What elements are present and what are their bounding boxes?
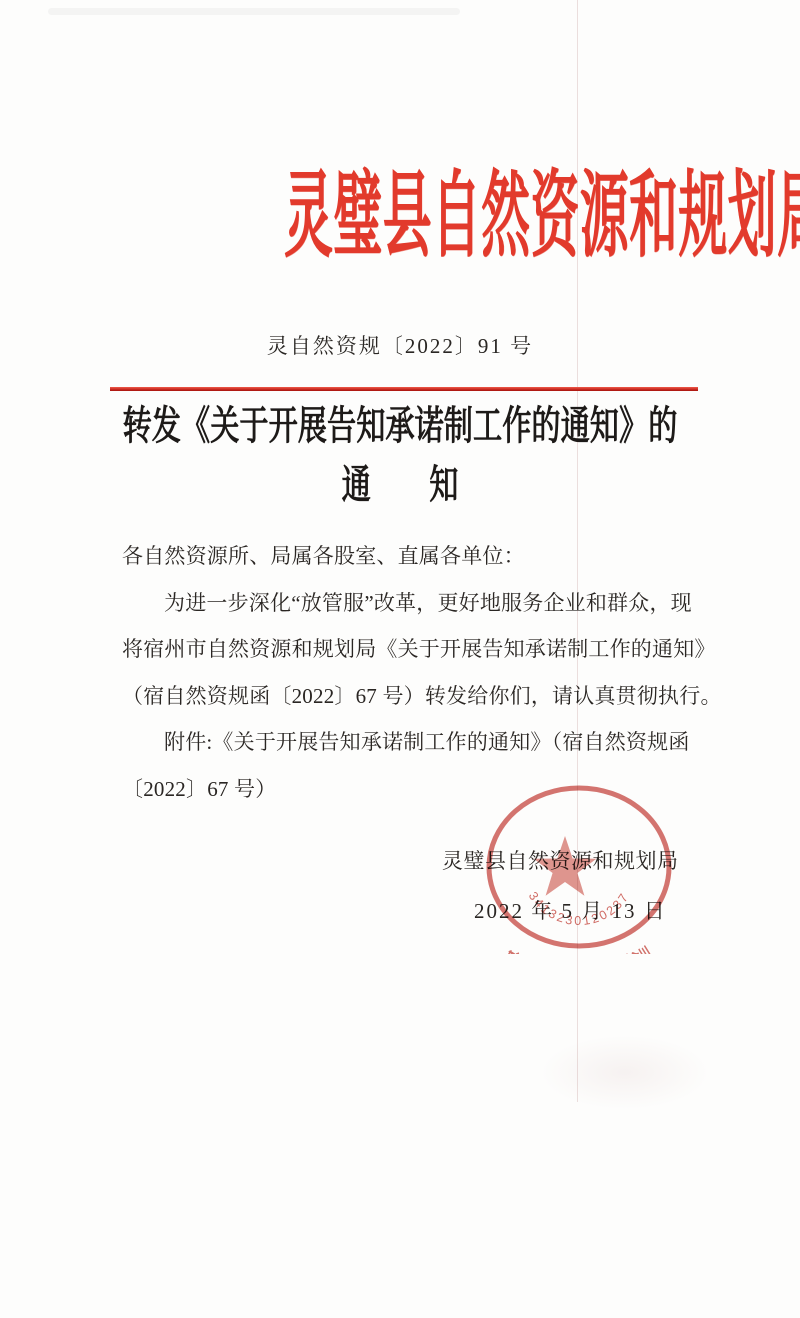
body-line: 将宿州市自然资源和规划局《关于开展告知承诺制工作的通知》 [122,626,712,673]
signature-agency: 灵璧县自然资源和规划局 [442,845,679,875]
body-line: 〔2022〕67 号） [122,766,712,813]
title-text-line2: 通 知 [342,463,459,507]
body-line: （宿自然资规函〔2022〕67 号）转发给你们，请认真贯彻执行。 [122,673,712,720]
letterhead-banner: 灵璧县自然资源和规划局文件 [0,163,800,275]
seal-ghost-mark [540,1035,710,1110]
seal-arc-title: 灵璧县自然资源和规划局 [492,942,667,954]
body-line: 为进一步深化“放管服”改革，更好地服务企业和群众，现 [122,580,712,627]
document-number: 灵自然资规〔2022〕91 号 [0,330,800,360]
signature-date: 2022 年 5 月 13 日 [474,895,667,925]
scan-smudge [48,8,460,15]
document-title-line1: 转发《关于开展告知承诺制工作的通知》的 [0,404,800,448]
red-divider-line [110,387,698,391]
agency-banner-text: 灵璧县自然资源和规划局文件 [284,163,800,269]
document-page: 灵璧县自然资源和规划局文件 灵自然资规〔2022〕91 号 转发《关于开展告知承… [0,0,800,1318]
body-line: 附件:《关于开展告知承诺制工作的通知》（宿自然资规函 [122,719,712,766]
title-text-line1: 转发《关于开展告知承诺制工作的通知》的 [123,404,678,448]
document-body: 各自然资源所、局属各股室、直属各单位： 为进一步深化“放管服”改革，更好地服务企… [122,533,712,812]
salutation-line: 各自然资源所、局属各股室、直属各单位： [122,533,712,580]
document-title-line2: 通 知 [0,463,800,507]
